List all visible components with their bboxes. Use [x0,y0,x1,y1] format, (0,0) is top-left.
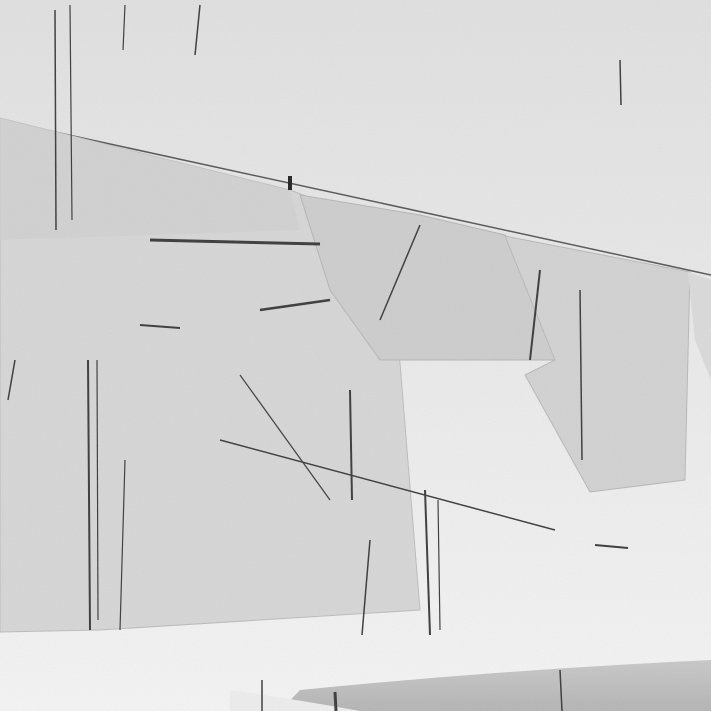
photo-frame [0,0,711,711]
film-grain [0,0,711,711]
laundry-photo [0,0,711,711]
